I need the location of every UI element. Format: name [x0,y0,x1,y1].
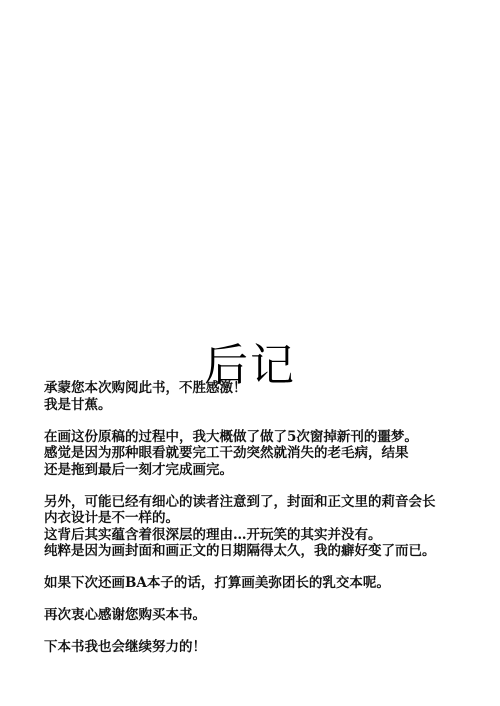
paragraph-thanks: 承蒙您本次购阅此书，不胜感激！ 我是甘蕉。 [44,380,484,413]
paragraph-closing: 下本书我也会继续努力的！ [44,639,484,656]
text-line: 如果下次还画BA本子的话，打算画美弥团长的乳交本呢。 [44,575,484,592]
text-line: 另外，可能已经有细心的读者注意到了，封面和正文里的莉音会长 [44,494,484,511]
text-line: 在画这份原稿的过程中，我大概做了做了5次窗掉新刊的噩梦。 [44,429,484,446]
text-line: 这背后其实蕴含着很深层的理由…开玩笑的其实并没有。 [44,527,484,544]
text-line: 还是拖到最后一刻才完成画完。 [44,462,484,479]
text-line: 承蒙您本次购阅此书，不胜感激！ [44,380,484,397]
afterword-body: 承蒙您本次购阅此书，不胜感激！ 我是甘蕉。 在画这份原稿的过程中，我大概做了做了… [44,380,484,671]
text-line: 感觉是因为那种眼看就要完工干劲突然就消失的老毛病，结果 [44,445,484,462]
text-line: 纯粹是因为画封面和画正文的日期隔得太久，我的癖好变了而已。 [44,543,484,560]
text-line: 内衣设计是不一样的。 [44,510,484,527]
paragraph-gratitude: 再次衷心感谢您购买本书。 [44,607,484,624]
paragraph-design-note: 另外，可能已经有细心的读者注意到了，封面和正文里的莉音会长 内衣设计是不一样的。… [44,494,484,560]
text-line: 我是甘蕉。 [44,397,484,414]
paragraph-process: 在画这份原稿的过程中，我大概做了做了5次窗掉新刊的噩梦。 感觉是因为那种眼看就要… [44,429,484,479]
text-line: 再次衷心感谢您购买本书。 [44,607,484,624]
paragraph-next-plan: 如果下次还画BA本子的话，打算画美弥团长的乳交本呢。 [44,575,484,592]
text-line: 下本书我也会继续努力的！ [44,639,484,656]
